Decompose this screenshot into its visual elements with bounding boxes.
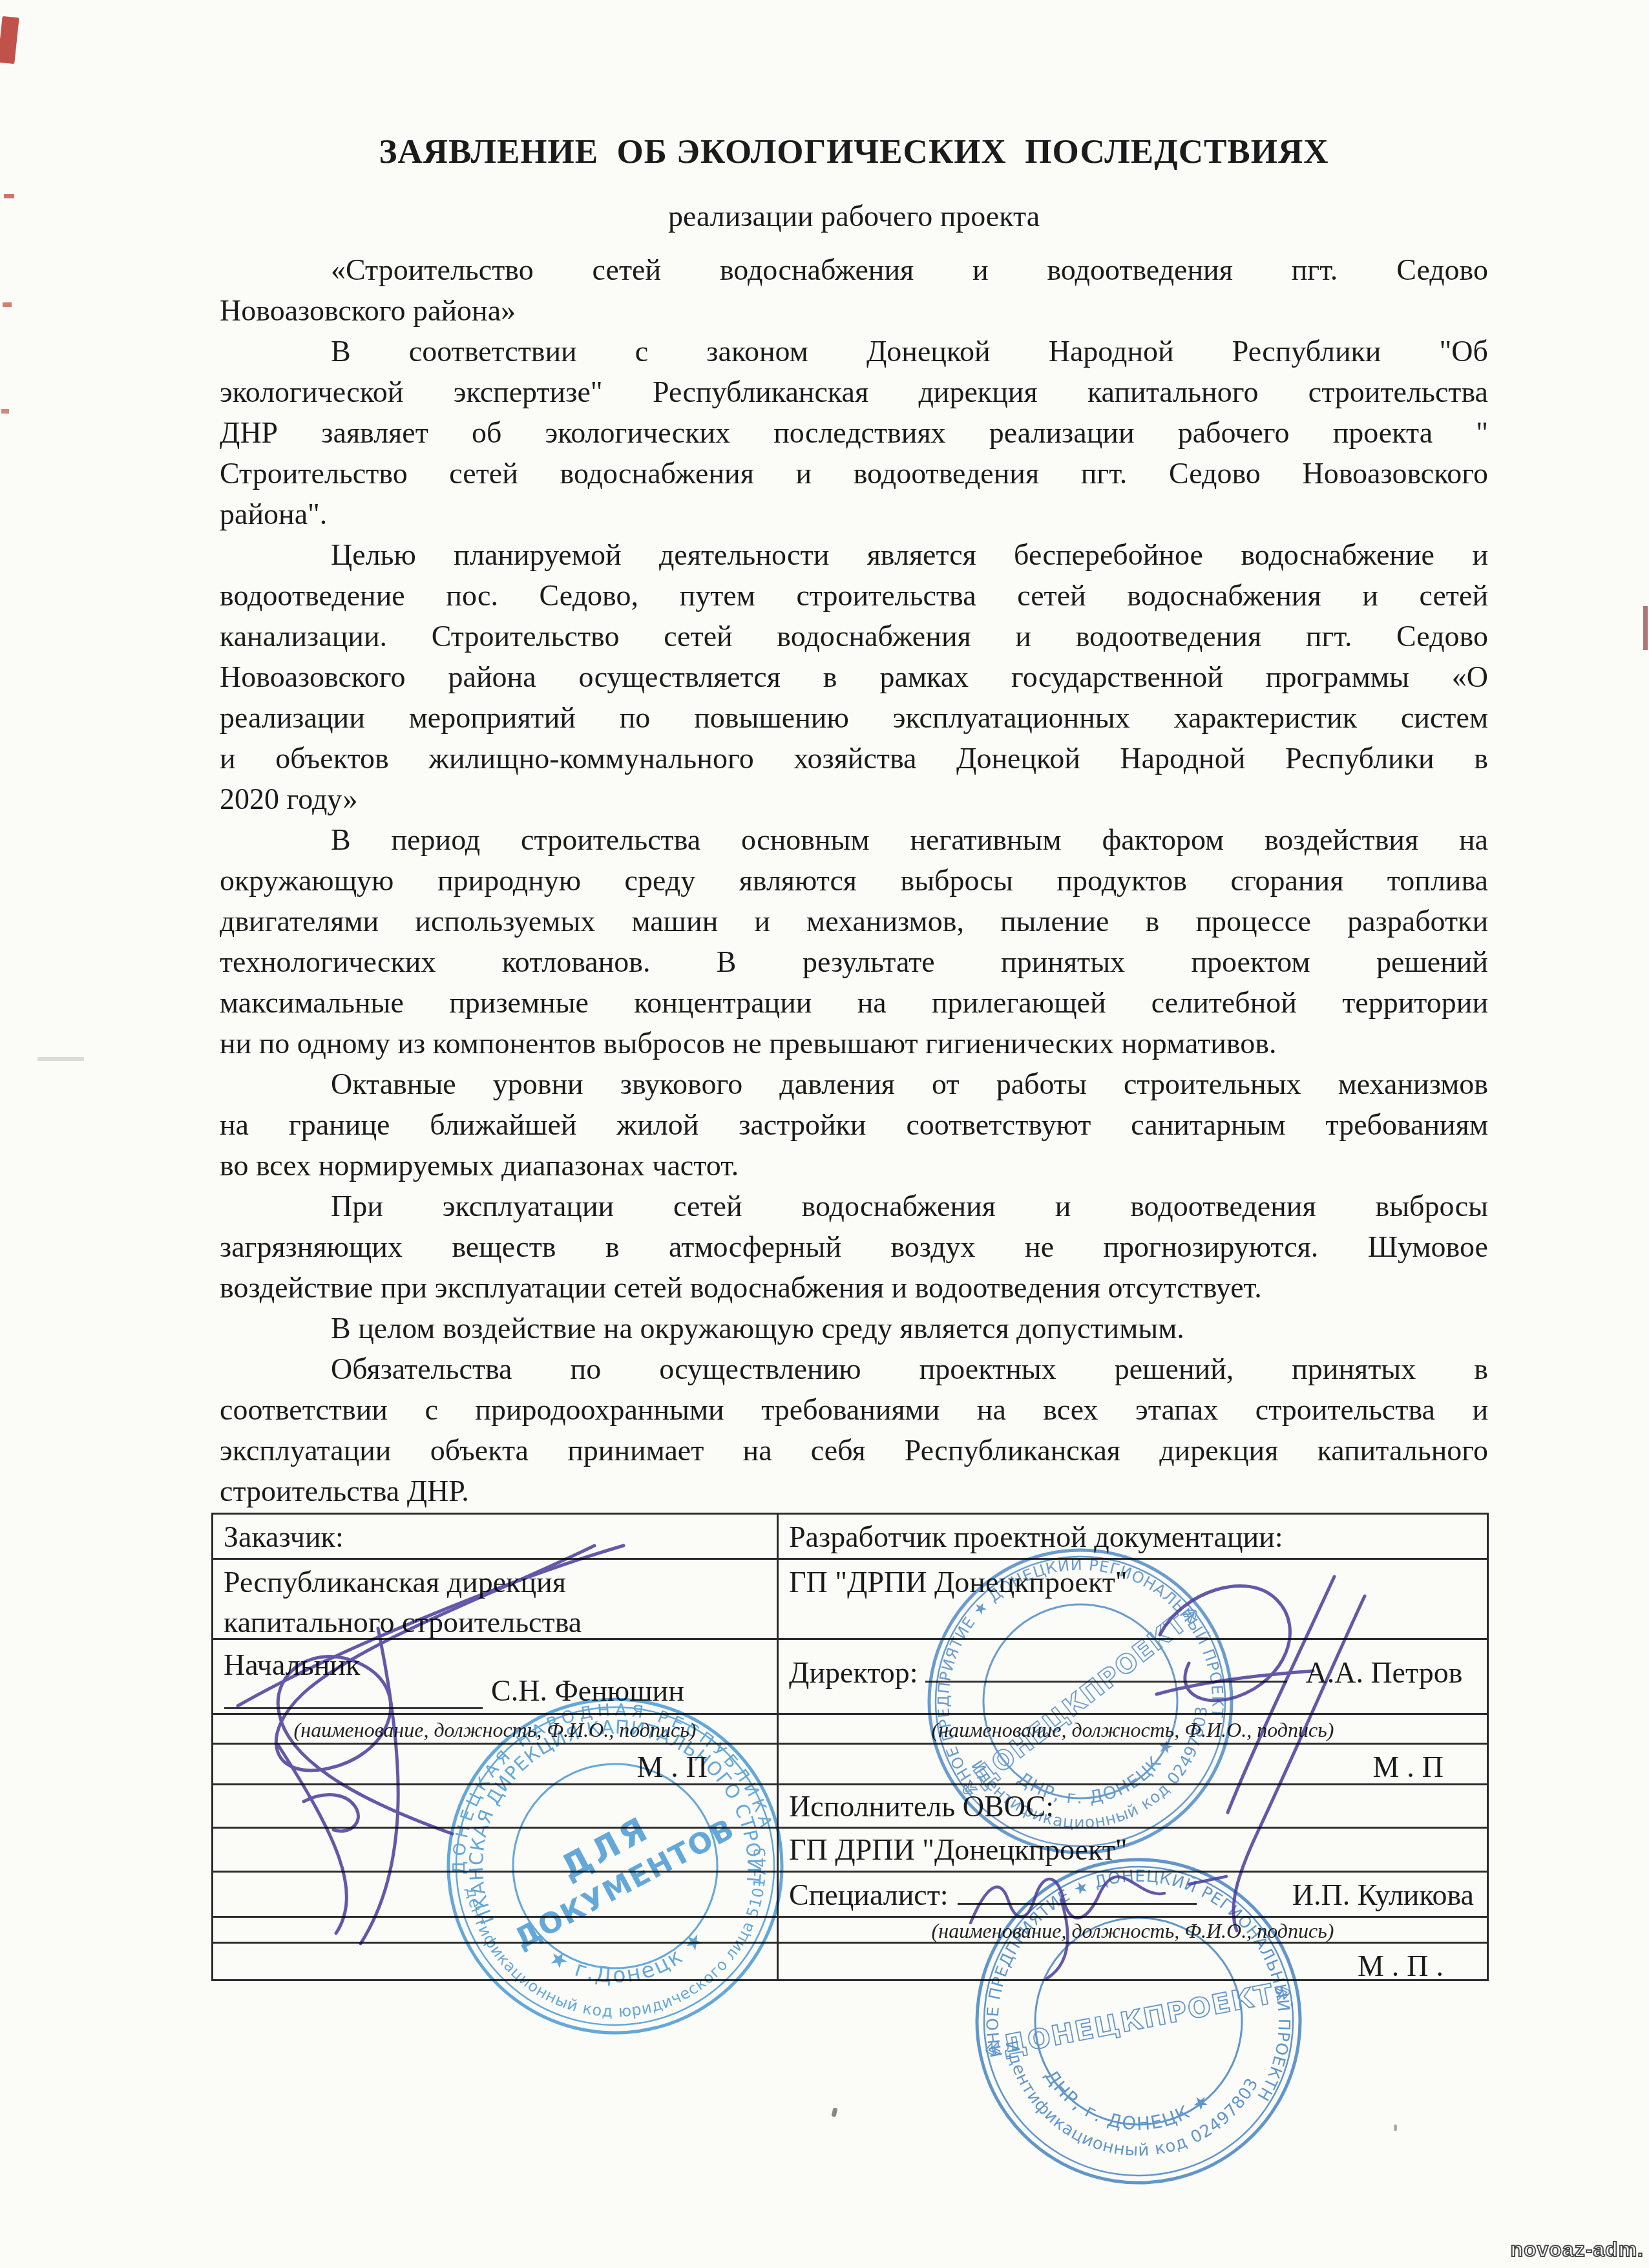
chief-signature-line xyxy=(224,1707,483,1709)
text-line: «Строительство сетей водоснабжения и вод… xyxy=(220,249,1488,290)
customer-org-line1: Республиканская дирекция xyxy=(213,1562,777,1602)
table-row-caption: (наименование, должность, Ф.И.О., подпис… xyxy=(213,1713,1487,1743)
document-title-block: ЗАЯВЛЕНИЕ ОБ ЭКОЛОГИЧЕСКИХ ПОСЛЕДСТВИЯХ … xyxy=(220,109,1488,248)
text-line: Новоазовского района осуществляется в ра… xyxy=(220,656,1488,697)
ovos-executor-org: ГП ДРПИ "Донецкпроект" xyxy=(779,1829,1487,1869)
developer-label: Разработчик проектной документации: xyxy=(779,1515,1487,1556)
text-line: канализации. Строительство сетей водосна… xyxy=(220,616,1488,656)
text-line: Строительство сетей водоснабжения и водо… xyxy=(220,453,1488,494)
text-line: В соответствии с законом Донецкой Народн… xyxy=(220,331,1488,372)
table-row-specialist: Специалист: И.П. Куликова xyxy=(213,1871,1487,1916)
director-role-label: Директор: xyxy=(789,1655,918,1690)
director-signature-line xyxy=(925,1659,1287,1683)
scan-red-corner-mark xyxy=(0,16,19,64)
stamp-ring-text: ДНР, г. ДОНЕЦК ★ xyxy=(1034,2063,1217,2147)
text-line: ДНР заявляет об экологических последстви… xyxy=(220,412,1488,453)
text-line: водоотведение пос. Седово, путем строите… xyxy=(220,575,1488,616)
scan-grey-smudge xyxy=(37,1057,84,1061)
scan-speck xyxy=(831,2107,837,2117)
paragraph: «Строительство сетей водоснабжения и вод… xyxy=(220,249,1488,331)
scanned-document-page: { "title": { "line1": "ЗАЯВЛЕНИЕ ОБ ЭКОЛ… xyxy=(0,0,1649,2268)
text-line: эксплуатации объекта принимает на себя Р… xyxy=(220,1430,1488,1471)
scan-speck xyxy=(1394,2125,1397,2131)
text-line: 2020 году» xyxy=(220,779,1488,819)
signatures-table: Заказчик: Разработчик проектной документ… xyxy=(211,1513,1489,1981)
text-line: Обязательства по осуществлению проектных… xyxy=(220,1349,1488,1389)
text-line: максимальные приземные концентрации на п… xyxy=(220,982,1488,1023)
svg-text:Идентификационный код 02497803: Идентификационный код 02497803 xyxy=(986,2036,1263,2179)
text-line: района". xyxy=(220,494,1488,534)
chief-name: С.Н. Фенюшин xyxy=(491,1674,684,1708)
body-paragraphs: «Строительство сетей водоснабжения и вод… xyxy=(220,249,1488,1511)
scan-red-dash xyxy=(3,302,12,307)
signature-caption-left: (наименование, должность, Ф.И.О., подпис… xyxy=(213,1715,777,1742)
svg-text:ДНР, г. ДОНЕЦК ★: ДНР, г. ДОНЕЦК ★ xyxy=(1034,2063,1217,2147)
specialist-role-label: Специалист: xyxy=(789,1878,949,1912)
signature-caption-right: (наименование, должность, Ф.И.О., подпис… xyxy=(779,1715,1487,1742)
developer-org: ГП "ДРПИ Донецкпроект" xyxy=(779,1562,1487,1602)
watermark: novoaz-adm. xyxy=(1510,2238,1644,2262)
text-line: и объектов жилищно-коммунального хозяйст… xyxy=(220,738,1488,779)
specialist-name: И.П. Куликова xyxy=(1292,1878,1474,1912)
document-title: ЗАЯВЛЕНИЕ ОБ ЭКОЛОГИЧЕСКИХ ПОСЛЕДСТВИЯХ xyxy=(220,132,1488,173)
table-row-caption2: (наименование, должность, Ф.И.О., подпис… xyxy=(213,1916,1487,1942)
stamp-place-right: М.П xyxy=(779,1745,1487,1784)
table-row-orgs: Республиканская дирекция капитального ст… xyxy=(213,1558,1487,1638)
stamp-place-bottom: М.П. xyxy=(779,1944,1487,1983)
text-line: При эксплуатации сетей водоснабжения и в… xyxy=(220,1186,1488,1226)
paragraph: В соответствии с законом Донецкой Народн… xyxy=(220,331,1488,534)
text-line: соответствии с природоохранными требован… xyxy=(220,1389,1488,1430)
text-line: строительства ДНР. xyxy=(220,1471,1488,1511)
text-line: воздействие при эксплуатации сетей водос… xyxy=(220,1267,1488,1308)
text-line: Октавные уровни звукового давления от ра… xyxy=(220,1064,1488,1104)
document-subtitle: реализации рабочего проекта xyxy=(220,196,1488,236)
text-line: В целом воздействие на окружающую среду … xyxy=(220,1308,1488,1349)
table-row-executor-org: ГП ДРПИ "Донецкпроект" xyxy=(213,1827,1487,1871)
stamp-center-text: «ДОНЕЦКПРОЕКТ» xyxy=(981,1974,1295,2065)
specialist-signature-line xyxy=(958,1884,1197,1905)
table-row-executor: Исполнитель ОВОС: xyxy=(213,1783,1487,1827)
customer-label: Заказчик: xyxy=(213,1515,777,1556)
paragraph: Обязательства по осуществлению проектных… xyxy=(220,1349,1488,1511)
text-line: технологических котлованов. В результате… xyxy=(220,941,1488,982)
stamp-ring-text: Идентификационный код 02497803 xyxy=(986,2036,1263,2179)
paragraph: При эксплуатации сетей водоснабжения и в… xyxy=(220,1186,1488,1308)
text-line: окружающую природную среду являются выбр… xyxy=(220,860,1488,901)
customer-org-line2: капитального строительства xyxy=(213,1602,777,1643)
scan-red-dash xyxy=(1643,606,1648,650)
paragraph: В целом воздействие на окружающую среду … xyxy=(220,1308,1488,1349)
paragraph: Целью планируемой деятельности является … xyxy=(220,534,1488,819)
signature-caption-bottom: (наименование, должность, Ф.И.О., подпис… xyxy=(779,1918,1487,1943)
table-row-header: Заказчик: Разработчик проектной документ… xyxy=(213,1515,1487,1558)
scan-red-dash xyxy=(1,409,9,414)
text-line: Целью планируемой деятельности является … xyxy=(220,534,1488,575)
text-line: двигателями используемых машин и механиз… xyxy=(220,901,1488,941)
director-name: А.А. Петров xyxy=(1305,1655,1462,1690)
text-line: В период строительства основным негативн… xyxy=(220,819,1488,860)
table-row-mp-bottom: М.П. xyxy=(213,1942,1487,1979)
table-row-signatures: Начальник С.Н. Фенюшин Директор: А.А. Пе… xyxy=(213,1638,1487,1713)
scan-red-dash xyxy=(4,194,14,198)
stamp-place-left: М.П xyxy=(213,1745,777,1784)
text-line: экологической экспертизе" Республиканска… xyxy=(220,372,1488,412)
paragraph: В период строительства основным негативн… xyxy=(220,819,1488,1064)
table-row-mp: М.П М.П xyxy=(213,1743,1487,1783)
text-line: ни по одному из компонентов выбросов не … xyxy=(220,1023,1488,1064)
paragraph: Октавные уровни звукового давления от ра… xyxy=(220,1064,1488,1186)
text-line: на границе ближайшей жилой застройки соо… xyxy=(220,1104,1488,1145)
text-line: Новоазовского района» xyxy=(220,290,1488,331)
text-line: во всех нормируемых диапазонах частот. xyxy=(220,1145,1488,1186)
ovos-executor-label: Исполнитель ОВОС: xyxy=(779,1785,1487,1825)
text-line: загрязняющих веществ в атмосферный возду… xyxy=(220,1226,1488,1267)
text-line: реализации мероприятий по повышению эксп… xyxy=(220,697,1488,738)
